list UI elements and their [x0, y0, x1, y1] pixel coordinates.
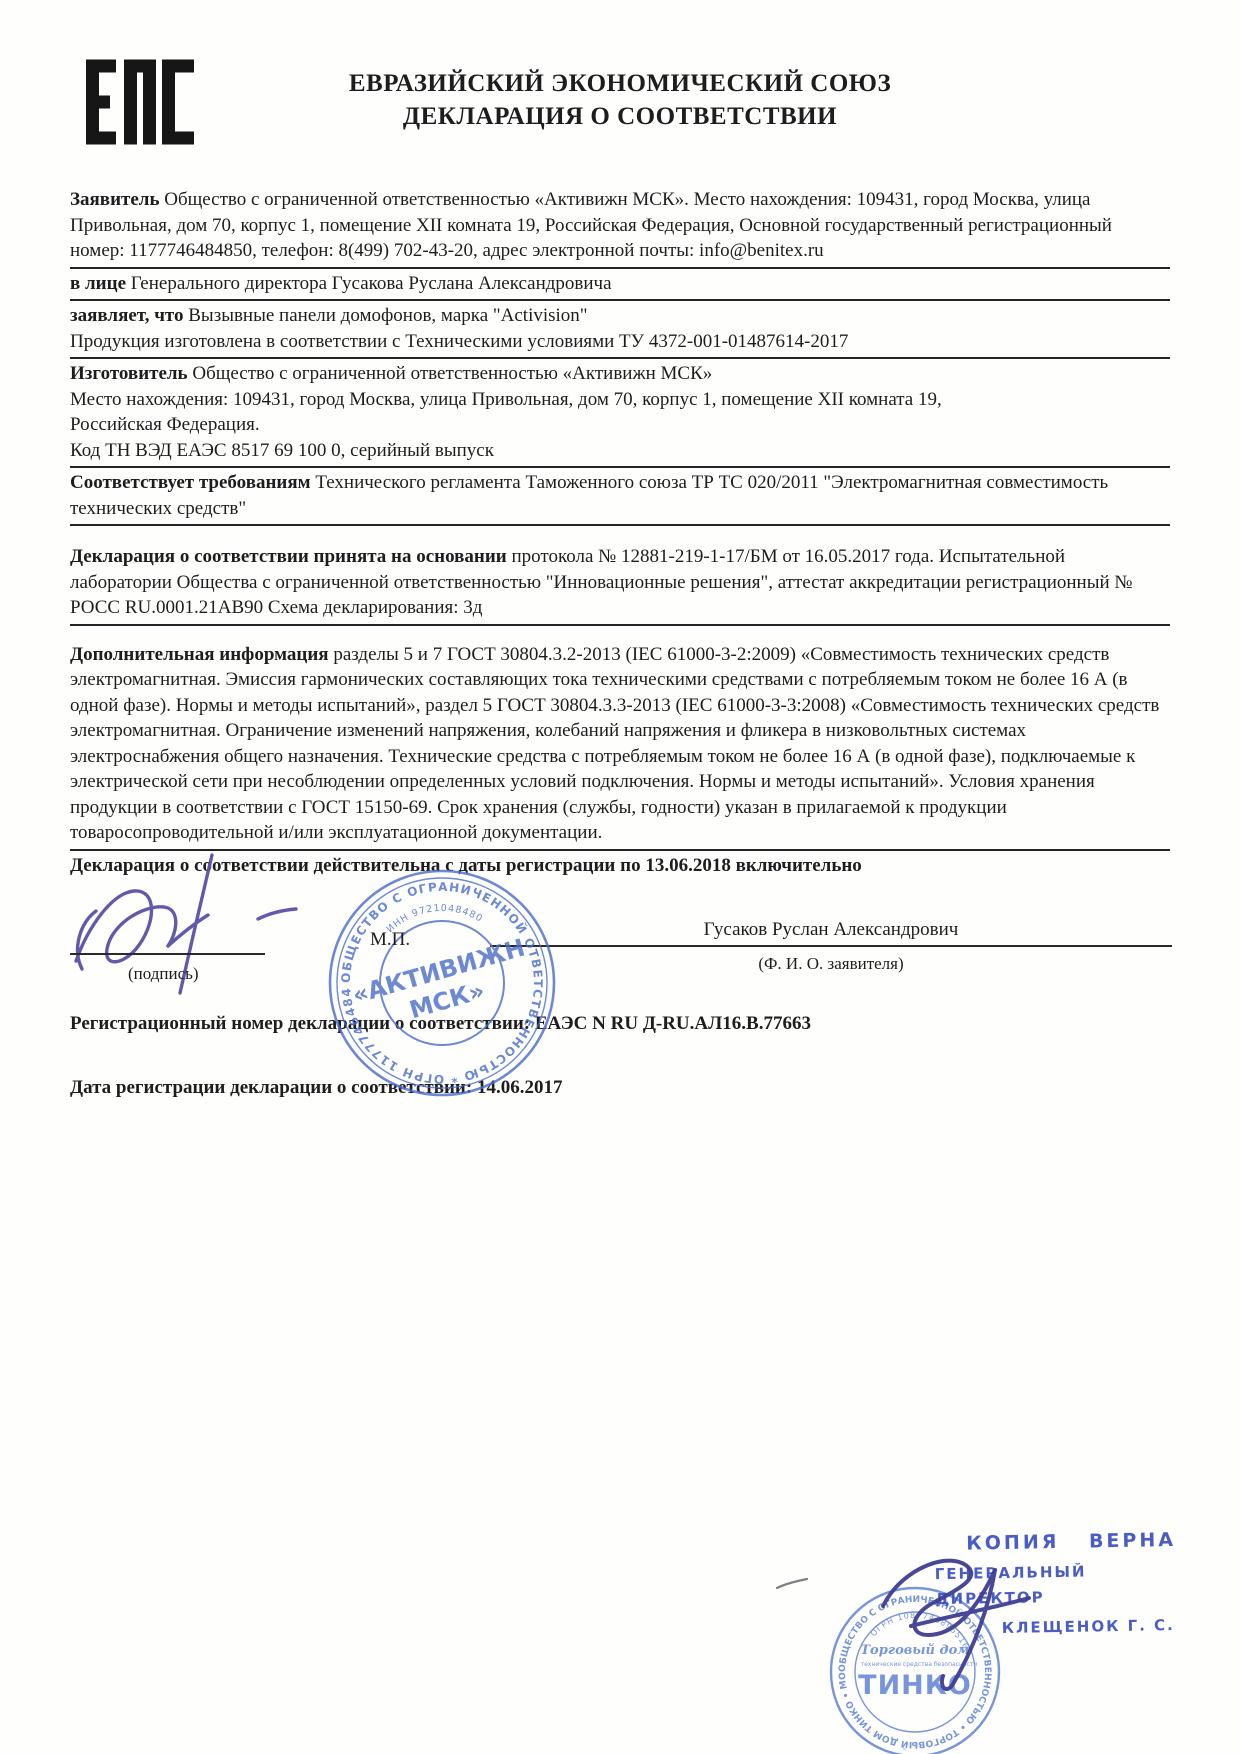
title-line2: ДЕКЛАРАЦИЯ О СООТВЕТСТВИИ — [70, 100, 1170, 133]
additional-info-label: Дополнительная информация — [70, 644, 329, 665]
mp-label: М.П. — [370, 927, 410, 953]
applicant-name-line — [490, 945, 1172, 947]
eac-logo — [86, 59, 194, 145]
section-additional-info: Дополнительная информация разделы 5 и 7 … — [70, 640, 1170, 851]
manufacturer-label: Изготовитель — [70, 363, 188, 384]
title-line1: ЕВРАЗИЙСКИЙ ЭКОНОМИЧЕСКИЙ СОЮЗ — [70, 67, 1170, 100]
applicant-name-block: Гусаков Руслан Александрович (Ф. И. О. з… — [490, 917, 1172, 976]
applicant-text: Общество с ограниченной ответственностью… — [70, 189, 1112, 261]
activision-stamp: ОБЩЕСТВО С ОГРАНИЧЕННОЙ ОТВЕТСТВЕННОСТЬЮ… — [322, 863, 562, 1103]
signature-line — [70, 953, 265, 955]
declares-label: заявляет, что — [70, 305, 184, 326]
ink-mark — [775, 1575, 809, 1591]
document-page: ЕВРАЗИЙСКИЙ ЭКОНОМИЧЕСКИЙ СОЮЗ ДЕКЛАРАЦИ… — [0, 0, 1240, 1754]
declares-text: Вызывные панели домофонов, марка "Activi… — [184, 305, 588, 326]
manufacturer-address-line2: Российская Федерация. — [70, 412, 1170, 438]
section-manufacturer: Изготовитель Общество с ограниченной отв… — [70, 359, 1170, 468]
in-person-text: Генерального директора Гусакова Руслана … — [126, 273, 612, 294]
document-header: ЕВРАЗИЙСКИЙ ЭКОНОМИЧЕСКИЙ СОЮЗ ДЕКЛАРАЦИ… — [70, 55, 1170, 185]
manufacturer-tnved-line: Код ТН ВЭД ЕАЭС 8517 69 100 0, серийный … — [70, 438, 1170, 464]
applicant-name: Гусаков Руслан Александрович — [490, 917, 1172, 943]
signature-block: (подпись) М.П. ОБЩЕСТВО С ОГРАНИЧЕННОЙ О… — [70, 881, 1170, 1003]
section-declares: заявляет, что Вызывные панели домофонов,… — [70, 301, 1170, 359]
complies-label: Соответствует требованиям — [70, 472, 311, 493]
declares-line2: Продукция изготовлена в соответствии с Т… — [70, 329, 1170, 355]
document-title: ЕВРАЗИЙСКИЙ ЭКОНОМИЧЕСКИЙ СОЮЗ ДЕКЛАРАЦИ… — [70, 55, 1170, 133]
manufacturer-address-line1: Место нахождения: 109431, город Москва, … — [70, 387, 1170, 413]
in-person-label: в лице — [70, 273, 126, 294]
basis-label: Декларация о соответствии принята на осн… — [70, 546, 507, 567]
manufacturer-text: Общество с ограниченной ответственностью… — [188, 363, 713, 384]
section-in-person: в лице Генерального директора Гусакова Р… — [70, 269, 1170, 302]
applicant-label: Заявитель — [70, 189, 160, 210]
section-basis: Декларация о соответствии принята на осн… — [70, 542, 1170, 626]
registration-number-line: Регистрационный номер декларации о соотв… — [70, 1011, 1170, 1037]
director-signature — [855, 1528, 1055, 1698]
additional-info-text: разделы 5 и 7 ГОСТ 30804.3.2-2013 (IEC 6… — [70, 644, 1159, 844]
section-complies: Соответствует требованиям Технического р… — [70, 468, 1170, 526]
applicant-name-caption: (Ф. И. О. заявителя) — [490, 951, 1172, 977]
registration-date-line: Дата регистрации декларации о соответств… — [70, 1075, 1170, 1101]
section-applicant: Заявитель Общество с ограниченной ответс… — [70, 185, 1170, 269]
registration-number-value: ЕАЭС N RU Д-RU.АЛ16.В.77663 — [535, 1013, 811, 1034]
signature-caption: (подпись) — [128, 961, 199, 987]
